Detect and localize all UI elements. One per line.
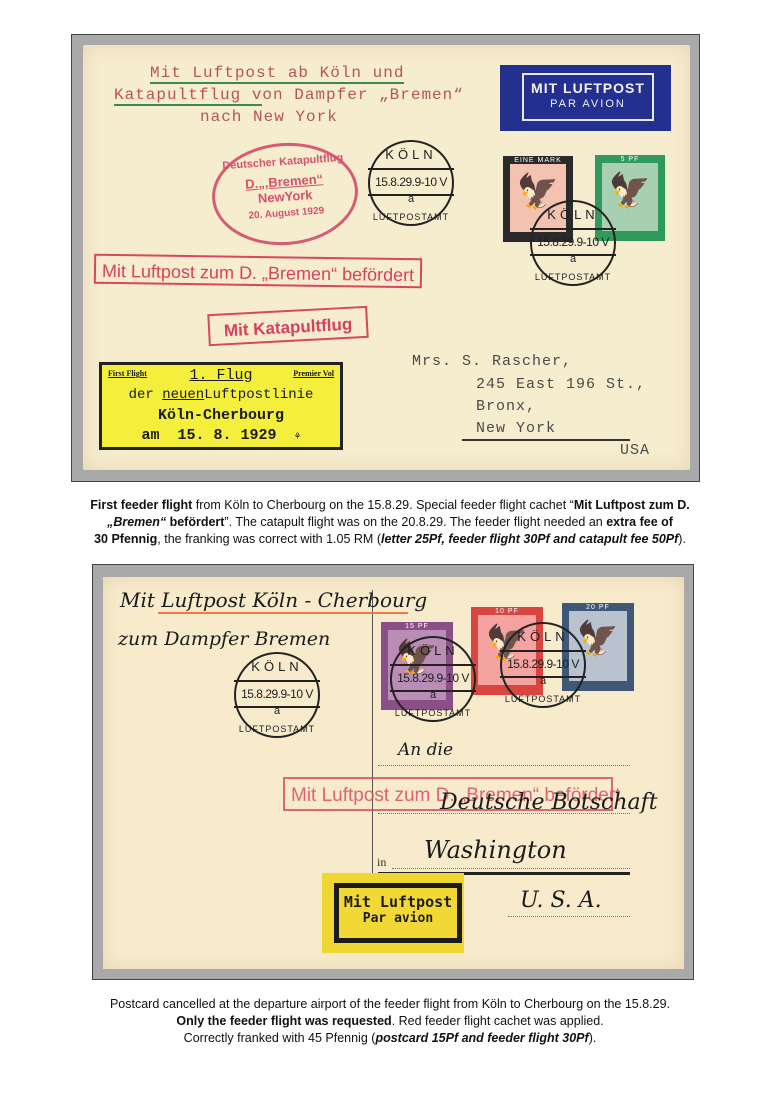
postmark-office: LUFTPOSTAMT [236,724,318,734]
koln-postmark-2: KÖLN 15.8.29.9-10 V a LUFTPOSTAMT [530,200,616,286]
mit-luftpost-yellow-label: Mit Luftpost Par avion [322,873,464,953]
caption-line-1: First feeder flight from Köln to Cherbou… [80,497,700,514]
postmark-date: 15.8.29.9-10 V [530,228,616,256]
postmark-sub: a [392,689,474,701]
postmark-date: 15.8.29.9-10 V [234,680,320,708]
label-line-3: Köln-Cherbourg [102,407,340,424]
first-flight-label: First Flight Premier Vol 1. Flug der neu… [99,362,343,450]
address-hand-1: An die [398,740,453,760]
label-line-1: 1. Flug [102,367,340,384]
postmark-office: LUFTPOSTAMT [502,694,584,704]
in-label: in [377,855,386,870]
mit-luftpost-blue-label: MIT LUFTPOST PAR AVION [500,65,671,131]
blue-label-line-1: MIT LUFTPOST [524,80,652,96]
postmark-city: KÖLN [532,207,614,222]
address-underline [462,439,630,441]
label-line-2: der neuenLuftpostlinie [102,387,340,403]
label-line-4: am 15. 8. 1929 ⚘ [102,427,340,444]
address-line-3: Bronx, [476,398,536,415]
caption-line-3: Correctly franked with 45 Pfennig (postc… [80,1030,700,1047]
address-line-4: New York [476,420,556,437]
address-hand-4: U. S. A. [520,888,602,913]
eagle-icon: 🦅 [595,171,665,211]
cover-typed-line-2: Katapultflug von Dampfer „Bremen“ [114,86,464,104]
postmark-sub: a [370,193,452,205]
postmark-city: KÖLN [370,147,452,162]
stamp-value: 20 PF [562,604,634,611]
postmark-sub: a [532,253,614,265]
address-dotline-2 [378,813,630,814]
orange-underline [158,612,408,614]
handwritten-line-1: Mit Luftpost Köln - Cherbourg [120,588,427,612]
blue-label-line-2: PAR AVION [524,98,652,110]
stamp-value: 15 PF [381,623,453,630]
green-underline [114,104,262,106]
cover-typed-line-1: Mit Luftpost ab Köln und [150,64,404,82]
koln-postmark-card-2: KÖLN 15.8.29.9-10 V a LUFTPOSTAMT [390,636,476,722]
feeder-flight-cachet: Mit Luftpost zum D. „Bremen“ befördert [94,254,422,289]
postmark-office: LUFTPOSTAMT [392,708,474,718]
postmark-city: KÖLN [236,659,318,674]
address-hand-3: Washington [424,836,567,864]
stamp-value: EINE MARK [503,157,573,164]
postmark-office: LUFTPOSTAMT [532,272,614,282]
postcard-caption: Postcard cancelled at the departure airp… [80,996,700,1047]
address-line-1: Mrs. S. Rascher, [412,353,572,370]
caption-line-3: 30 Pfennig, the franking was correct wit… [80,531,700,548]
postmark-date: 15.8.29.9-10 V [390,664,476,692]
postmark-office: LUFTPOSTAMT [370,212,452,222]
luft-label-line-1: Mit Luftpost [339,893,457,911]
koln-postmark: KÖLN 15.8.29.9-10 V a LUFTPOSTAMT [368,140,454,226]
postmark-sub: a [502,675,584,687]
postmark-sub: a [236,705,318,717]
stamp-value: 10 PF [471,608,543,615]
koln-postmark-card: KÖLN 15.8.29.9-10 V a LUFTPOSTAMT [234,652,320,738]
stamp-value: 5 PF [595,156,665,163]
cover-caption: First feeder flight from Köln to Cherbou… [80,497,700,548]
address-line-2: 245 East 196 St., [476,376,646,393]
cover-typed-line-3: nach New York [200,108,338,126]
postmark-city: KÖLN [392,643,474,658]
koln-postmark-card-3: KÖLN 15.8.29.9-10 V a LUFTPOSTAMT [500,622,586,708]
postmark-date: 15.8.29.9-10 V [500,650,586,678]
caption-line-2: „Bremen“ befördert”. The catapult flight… [80,514,700,531]
postmark-date: 15.8.29.9-10 V [368,168,454,196]
address-dotline-1 [378,765,630,766]
address-dotline-4 [508,916,630,917]
address-hand-2: Deutsche Botschaft [440,790,658,815]
handwritten-line-2: zum Dampfer Bremen [118,628,330,650]
luft-label-line-2: Par avion [339,911,457,926]
address-line-5: USA [620,442,650,459]
postmark-city: KÖLN [502,629,584,644]
address-dotline-3 [392,868,630,869]
caption-line-1: Postcard cancelled at the departure airp… [80,996,700,1013]
caption-line-2: Only the feeder flight was requested. Re… [80,1013,700,1030]
